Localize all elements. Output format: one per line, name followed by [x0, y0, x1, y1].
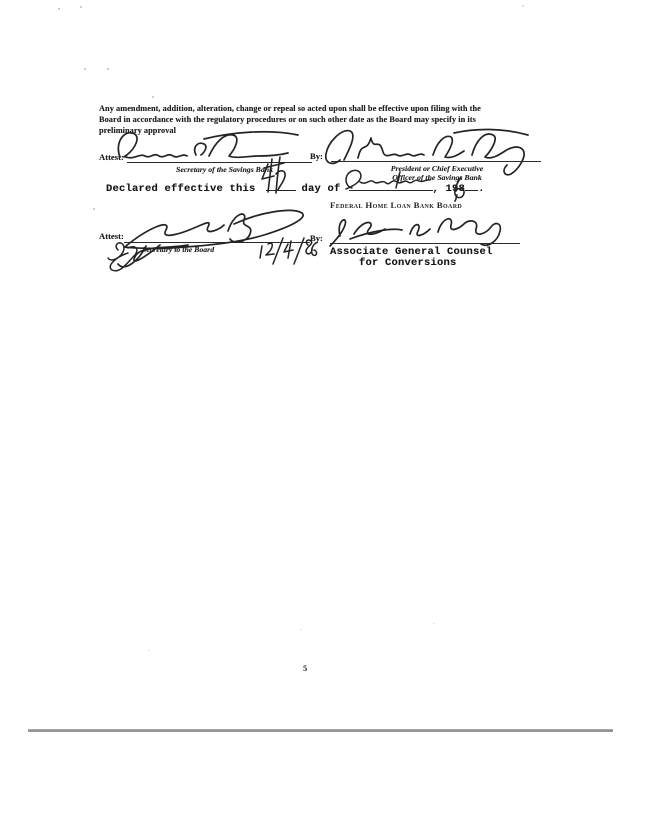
scan-speck — [107, 68, 109, 70]
scan-speck — [93, 208, 95, 210]
scanned-document-page: Any amendment, addition, alteration, cha… — [0, 0, 649, 840]
scan-speck — [84, 68, 86, 70]
scan-speck — [433, 623, 435, 624]
handwritten-month — [340, 165, 432, 195]
handwritten-day — [255, 150, 289, 196]
scan-speck — [522, 5, 524, 7]
board-heading: Federal Home Loan Bank Board — [330, 200, 462, 210]
by-label-board: By: — [310, 233, 323, 243]
scan-speck — [148, 650, 150, 651]
scan-speck — [300, 629, 302, 630]
scan-speck — [152, 96, 154, 98]
bottom-scan-rule — [28, 729, 613, 732]
period-text: . — [478, 183, 485, 195]
attest-title-board: Secretary to the Board — [142, 245, 214, 254]
handwritten-year-digit — [448, 174, 468, 202]
handwritten-date — [256, 236, 318, 266]
scan-speck — [80, 6, 82, 8]
preamble-line: Any amendment, addition, alteration, cha… — [99, 103, 481, 114]
page-number: 5 — [303, 663, 307, 673]
by-title-board-line2: for Conversions — [359, 257, 457, 269]
scan-speck — [58, 8, 60, 10]
day-of-text: day of — [302, 183, 341, 195]
declared-effective-text: Declared effective this — [106, 183, 256, 195]
